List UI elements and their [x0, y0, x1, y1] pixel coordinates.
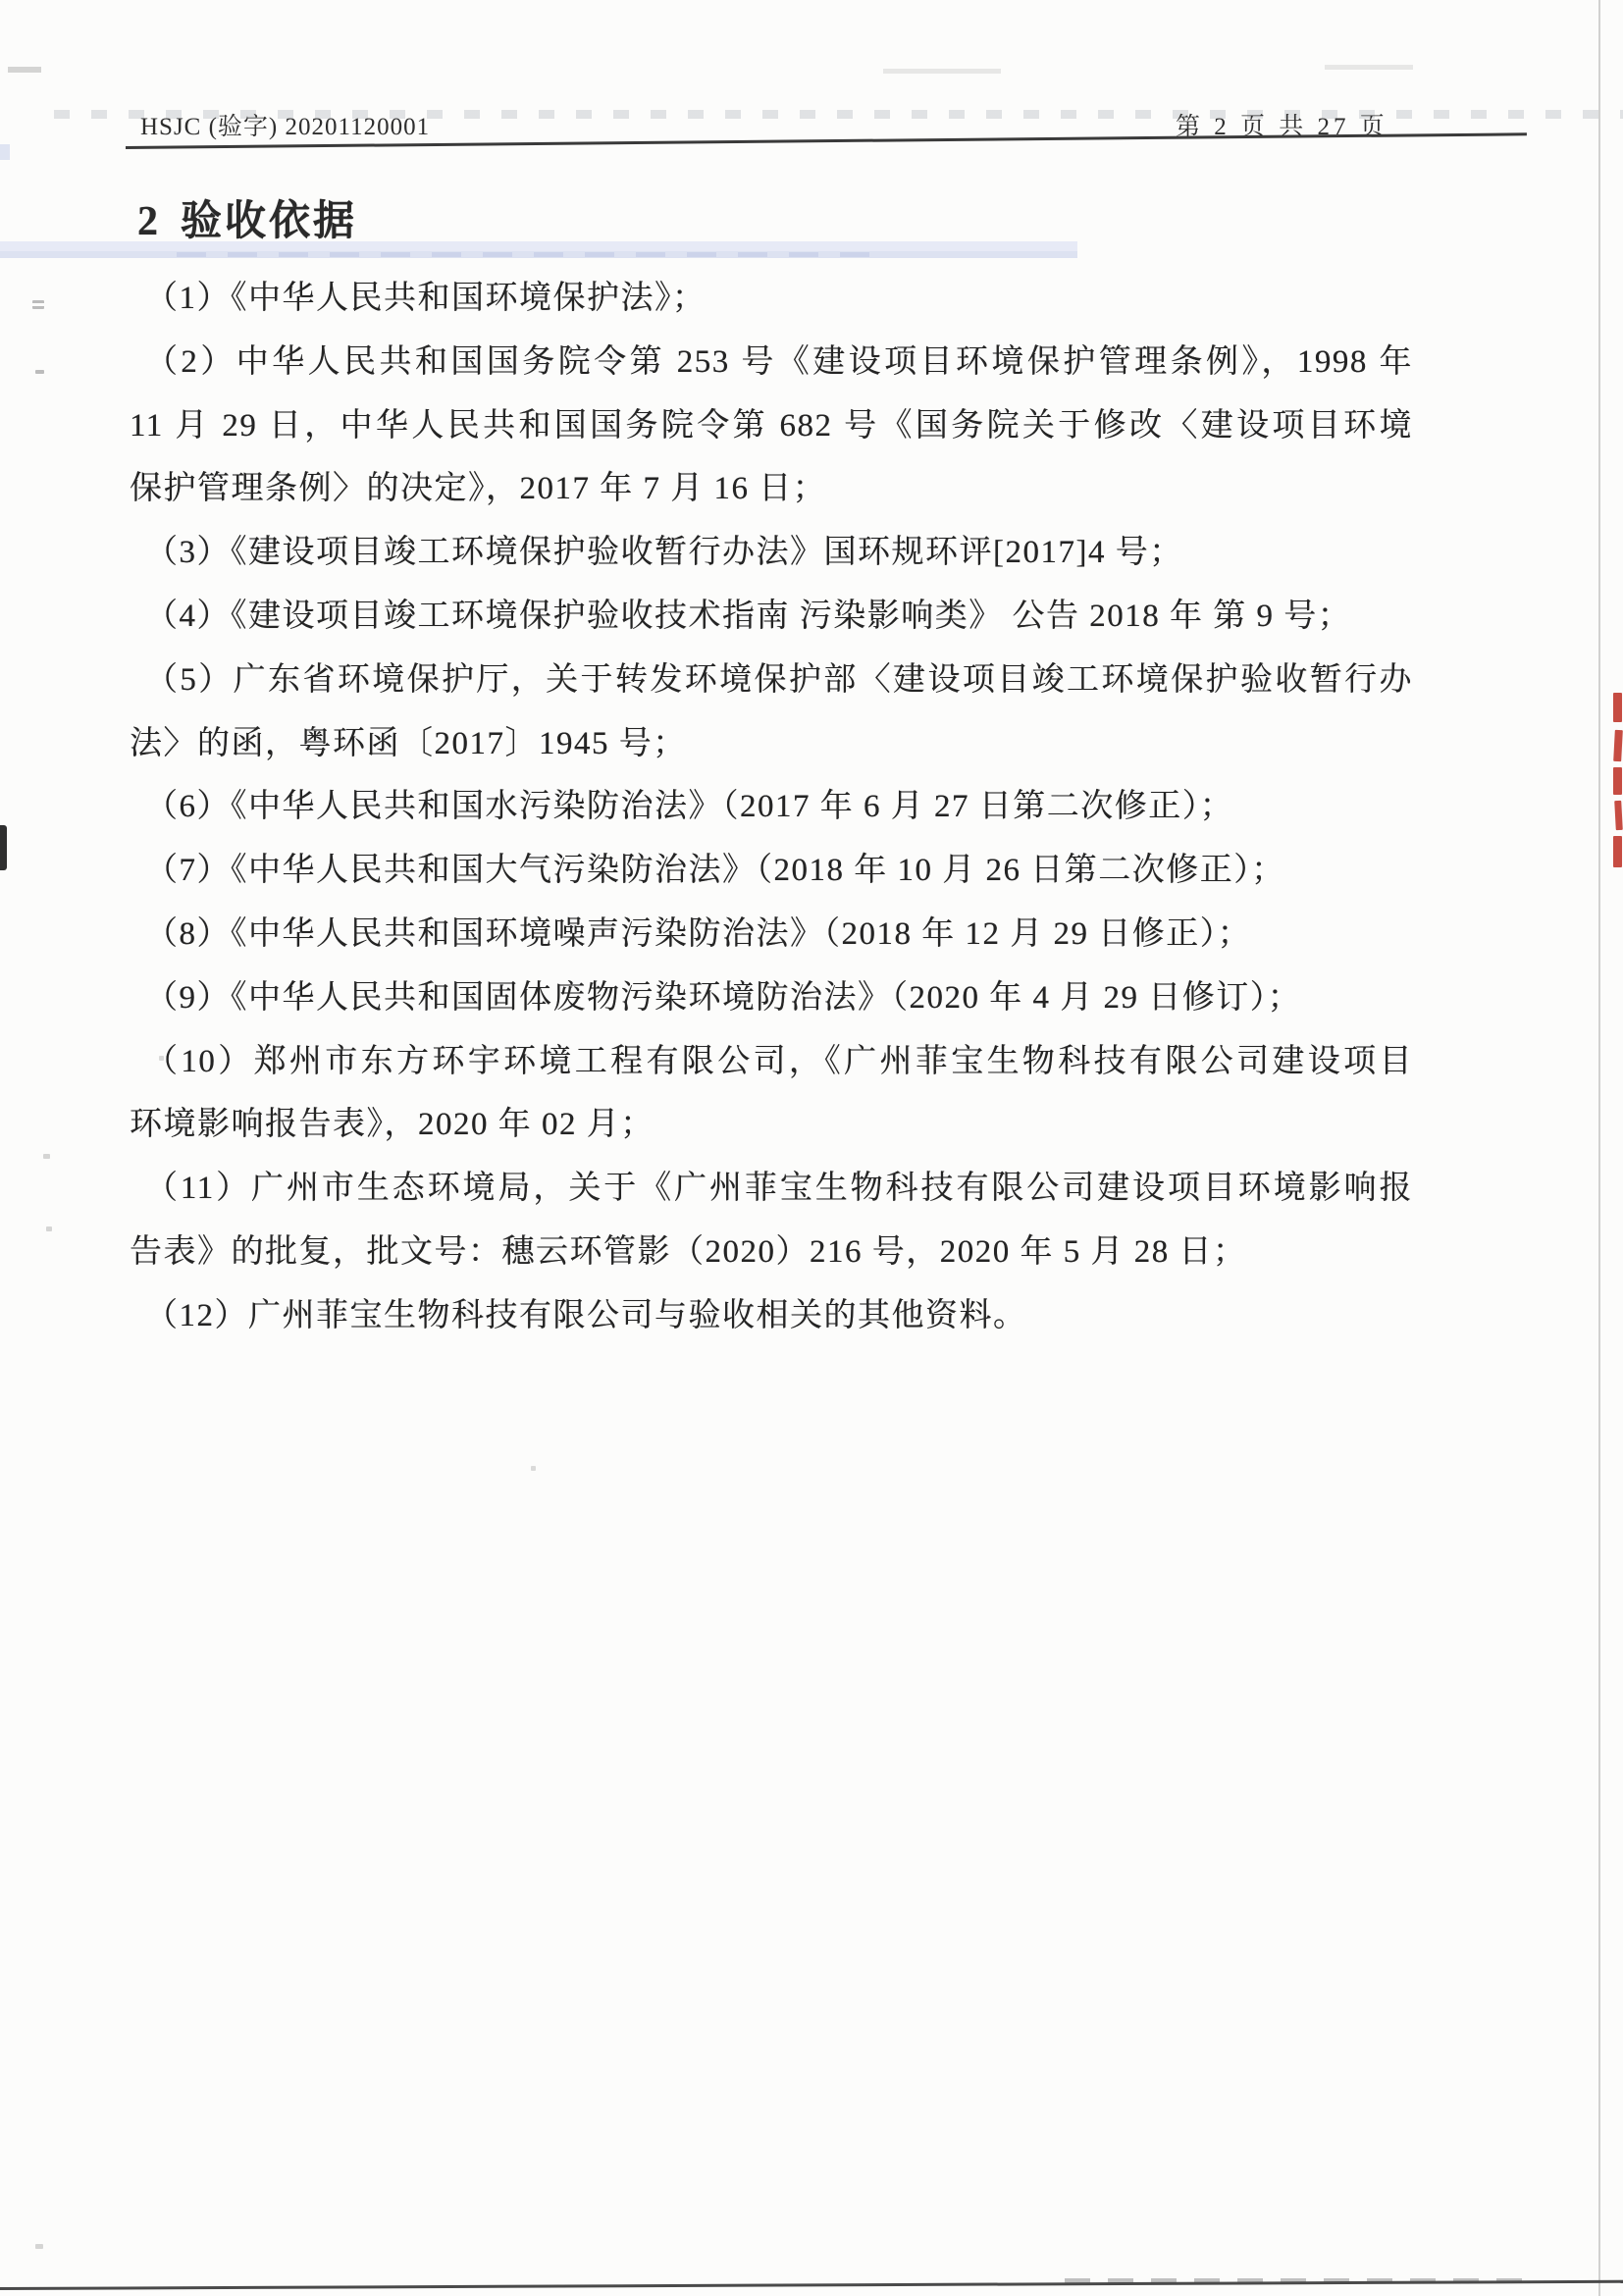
list-item-5-line-2: 法〉的函，粤环函〔2017〕1945 号； [130, 712, 1417, 776]
list-item-9: （9）《中华人民共和国固体废物污染环境防治法》（2020 年 4 月 29 日修… [130, 966, 1417, 1030]
scan-bottom-edge [0, 2280, 1623, 2290]
scan-speck [0, 144, 10, 160]
red-edge-mark [1613, 730, 1623, 761]
red-edge-mark [1614, 801, 1623, 830]
scan-edge-blob [0, 825, 7, 870]
scan-speck [531, 1466, 536, 1471]
scan-speck [32, 300, 44, 309]
document-body: （1）《中华人民共和国环境保护法》； （2）中华人民共和国国务院令第 253 号… [130, 267, 1417, 1348]
scan-speck [8, 67, 41, 73]
scan-speck [46, 1226, 52, 1231]
document-code: HSJC (验字) 20201120001 [140, 107, 430, 142]
list-item-12: （12）广州菲宝生物科技有限公司与验收相关的其他资料。 [130, 1284, 1417, 1348]
scan-speck [43, 1154, 50, 1159]
list-item-2-line-2: 11 月 29 日，中华人民共和国国务院令第 682 号《国务院关于修改〈建设项… [130, 394, 1413, 458]
document-page: HSJC (验字) 20201120001 第 2 页 共 27 页 2验收依据… [0, 0, 1623, 2296]
list-item-10-line-2: 环境影响报告表》，2020 年 02 月； [130, 1093, 1417, 1157]
scan-highlight-band [0, 241, 1077, 258]
scan-speck [35, 2244, 43, 2249]
red-edge-mark [1613, 693, 1622, 722]
list-item-8: （8）《中华人民共和国环境噪声污染防治法》（2018 年 12 月 29 日修正… [130, 903, 1417, 966]
list-item-2-line-3: 保护管理条例〉的决定》，2017 年 7 月 16 日； [130, 457, 1417, 521]
list-item-2-line-1: （2）中华人民共和国国务院令第 253 号《建设项目环境保护管理条例》，1998… [130, 331, 1413, 394]
section-title: 2验收依据 [137, 188, 357, 247]
page-edge-line [1598, 0, 1600, 2296]
list-item-11-line-1: （11）广州市生态环境局，关于《广州菲宝生物科技有限公司建设项目环境影响报 [130, 1157, 1413, 1221]
list-item-11-line-2: 告表》的批复，批文号：穗云环管影（2020）216 号，2020 年 5 月 2… [130, 1221, 1417, 1284]
list-item-6: （6）《中华人民共和国水污染防治法》（2017 年 6 月 27 日第二次修正）… [130, 775, 1417, 839]
list-item-4: （4）《建设项目竣工环境保护验收技术指南 污染影响类》 公告 2018 年 第 … [130, 585, 1417, 649]
list-item-3: （3）《建设项目竣工环境保护验收暂行办法》国环规环评[2017]4 号； [130, 521, 1417, 585]
list-item-5-line-1: （5）广东省环境保护厅，关于转发环境保护部〈建设项目竣工环境保护验收暂行办 [130, 649, 1413, 712]
red-edge-mark [1613, 767, 1622, 795]
scan-speck [159, 1056, 164, 1061]
scan-speck [35, 370, 44, 374]
list-item-1: （1）《中华人民共和国环境保护法》； [130, 267, 1417, 331]
section-title-text: 验收依据 [181, 199, 357, 244]
list-item-10-line-1: （10）郑州市东方环宇环境工程有限公司，《广州菲宝生物科技有限公司建设项目 [130, 1030, 1413, 1094]
red-edge-mark [1613, 836, 1622, 867]
section-number: 2 [137, 199, 161, 244]
list-item-7: （7）《中华人民共和国大气污染防治法》（2018 年 10 月 26 日第二次修… [130, 839, 1417, 903]
scan-speck [1325, 65, 1413, 70]
scan-speck [883, 69, 1001, 74]
